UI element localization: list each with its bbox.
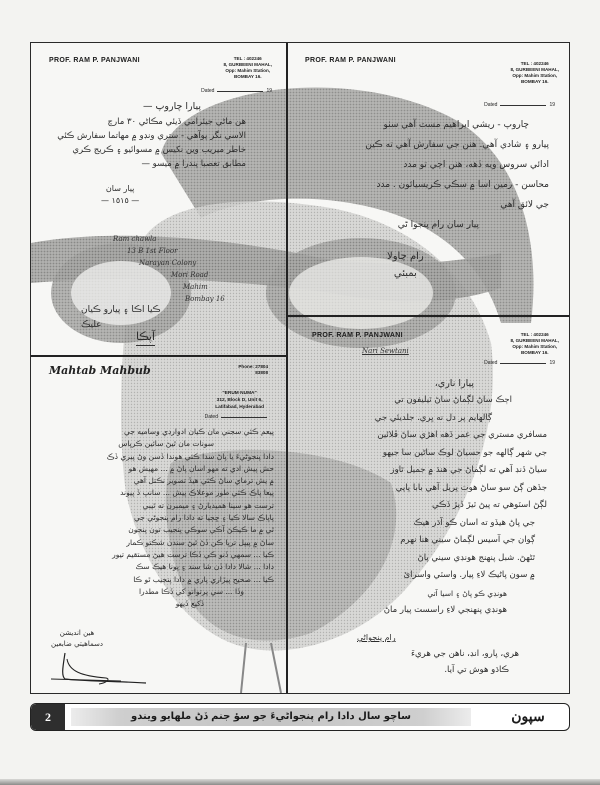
- letter-top-right: PROF. RAM P. PANJWANI TEL : 402246 8, GU…: [287, 43, 569, 315]
- page-number: 2: [31, 704, 65, 730]
- letter-bottom-left: Mahtab Mahbub Phone: 27804 83808 "ERUM N…: [31, 356, 286, 693]
- letterhead-tel: TEL : 402246 8, GURBEENI MAHAL, Opp: Mah…: [511, 61, 560, 85]
- letterhead-name: PROF. RAM P. PANJWANI: [305, 57, 396, 64]
- letter-body: اڄڪ ساڻ لڳماڻ ساڻ ٽيليفون تي ڳالهايم پر …: [375, 392, 547, 620]
- letterhead-phone: Phone: 27804 83808: [238, 364, 268, 376]
- letter-salutation: پيارا چاروپ —: [143, 97, 201, 116]
- letterhead-dated: Dated19: [484, 360, 555, 366]
- letter-bottom-right: PROF. RAM P. PANJWANI TEL : 402246 8, GU…: [287, 316, 569, 693]
- letterhead-dated: Dated19: [484, 102, 555, 108]
- letter-body: هن ماڻي جيئرامي ڏيئي مڪاڻي ٣٠ مارچ الاسي…: [57, 115, 246, 171]
- letters-collage: PROF. RAM P. PANJWANI TEL : 402246 8, GU…: [30, 42, 570, 694]
- letter-top-left: PROF. RAM P. PANJWANI TEL : 402246 8, GU…: [31, 43, 286, 355]
- letterhead-tel: TEL : 402246 8, GURBEENI MAHAL, Opp: Mah…: [511, 332, 560, 356]
- letter-body: چاروپ - ريشي ابراهيم مسٽ آهي سٺو پيارو ۽…: [365, 115, 549, 235]
- letter-postscript: هري، پارو، انڊ، ناهن جي هريءَ ڪاڌو هوش ت…: [411, 646, 519, 678]
- signature-scribble: [51, 651, 151, 686]
- page-edge-shadow: [0, 779, 600, 785]
- letter-closing: پيار سان — ١٥١٥ —: [101, 183, 139, 207]
- recipient-note: Nari Sewtani: [362, 344, 409, 358]
- letter-body: پيعم ڪئي سجني مان ڪيان ادوارڊي وساميه جي…: [107, 426, 274, 610]
- letterhead-name: PROF. RAM P. PANJWANI: [312, 332, 403, 339]
- letterhead-tel: TEL : 402246 8, GURBEENI MAHAL, Opp: Mah…: [224, 56, 273, 80]
- letterhead-dated: Dated19: [201, 88, 272, 94]
- page-footer-banner: 2 ساچو سال دادا رام پنجواڻيءَ جو سؤ جنم …: [30, 703, 570, 731]
- letter-closing: هين انديشن دسماهيتي ضابعين: [51, 628, 103, 650]
- letter-salutation: پيارا ناري،: [435, 374, 474, 393]
- letter-signature: رام چاولا بمبئي: [387, 248, 424, 282]
- magazine-masthead-logo: سپون: [493, 706, 563, 728]
- footer-title: ساچو سال دادا رام پنجواڻيءَ جو سؤ جنم ڏڻ…: [91, 708, 451, 726]
- letterhead-name: PROF. RAM P. PANJWANI: [49, 57, 140, 64]
- address-note: Ram chawla 13 B 1st Floor Narayan Colony…: [113, 233, 225, 305]
- letter-signature: رام پنجواڻي: [357, 628, 396, 647]
- letterhead-address: "ERUM NUMA" 312, Block D, Unit 6, Latifa…: [215, 390, 264, 411]
- letterhead-name: Mahtab Mahbub: [49, 364, 151, 377]
- letter-signature: آپڪا: [136, 329, 155, 346]
- letterhead-dated: Dated: [205, 414, 270, 420]
